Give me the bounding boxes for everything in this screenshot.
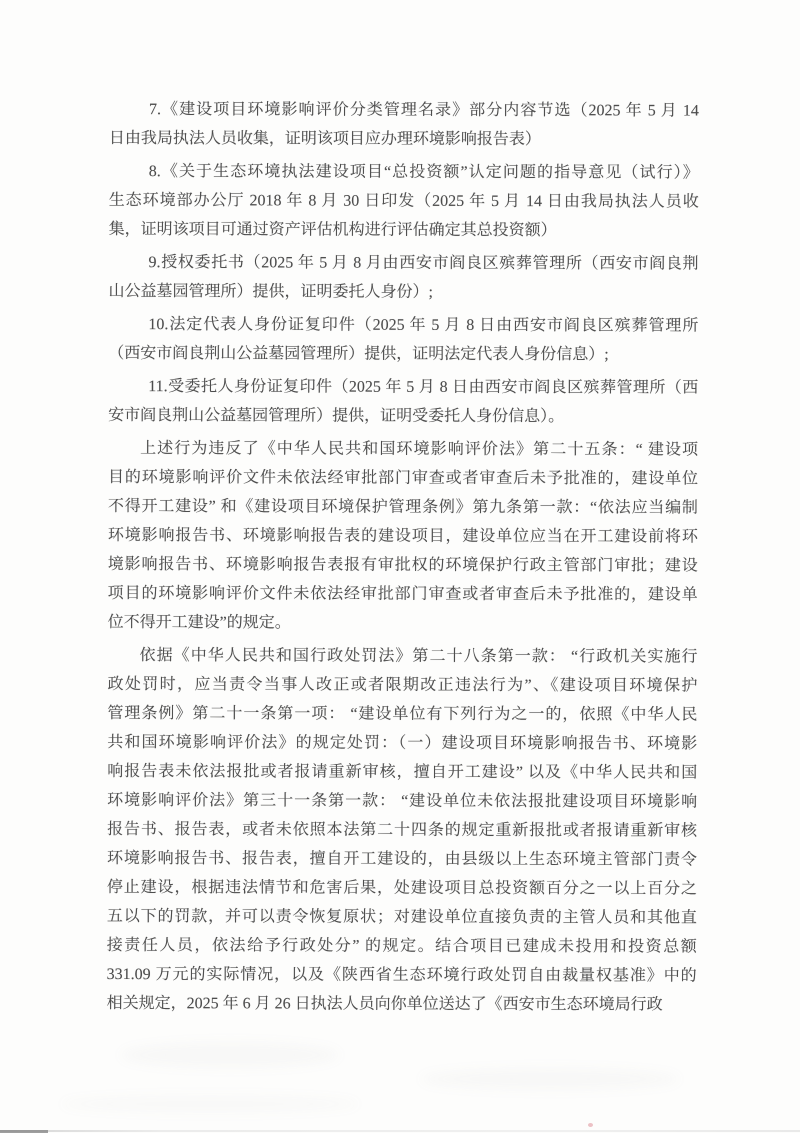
- text-line: 目的环境影响评价文件未依法经审批部门审查或者审查后未予批准的，建设单位: [108, 463, 698, 494]
- text-line: 9.授权委托书（2025 年 5 月 8 月由西安市阎良区殡葬管理所（西安市阎良…: [109, 248, 699, 279]
- text-line: 日由我局执法人员收集，证明该项目应办理环境影响报告表）: [109, 124, 699, 155]
- text-line: 生态环境部办公厅 2018 年 8 月 30 日印发（2025 年 5 月 14…: [109, 186, 699, 217]
- paragraph: 7.《建设项目环境影响评价分类管理名录》部分内容节选（2025 年 5 月 14…: [109, 95, 699, 155]
- text-line: 政处罚时，应当责令当事人改正或者限期改正违法行为”、《建设项目环境保护: [107, 670, 697, 701]
- paragraph: 11.受委托人身份证复印件（2025 年 5 月 8 日由西安市阎良区殡葬管理所…: [108, 372, 698, 432]
- text-line: 响报告表未依法报批或者报请重新审核，擅自开工建设” 以及《中华人民共和国: [107, 757, 697, 788]
- document-body: 7.《建设项目环境影响评价分类管理名录》部分内容节选（2025 年 5 月 14…: [107, 95, 699, 1024]
- scan-bleedthrough-smudge: [120, 1042, 340, 1068]
- paragraph: 依据《中华人民共和国行政处罚法》第二十八条第一款： “行政机关实施行政处罚时，应…: [107, 641, 698, 1020]
- text-line: 安市阎良荆山公益墓园管理所）提供，证明受委托人身份信息）。: [108, 401, 698, 432]
- document-page: 7.《建设项目环境影响评价分类管理名录》部分内容节选（2025 年 5 月 14…: [0, 0, 800, 1133]
- text-line: 项目的环境影响评价文件未依法经审批部门审查或者审查后未予批准的，建设单: [108, 579, 698, 610]
- scan-pink-dot-artifact: [588, 1123, 593, 1127]
- text-line: 环境影响报告书、环境影响报告表的建设项目，建设单位应当在开工建设前将环: [108, 521, 698, 552]
- text-line: 7.《建设项目环境影响评价分类管理名录》部分内容节选（2025 年 5 月 14: [109, 95, 699, 126]
- paragraph: 上述行为违反了《中华人民共和国环境影响评价法》第二十五条：“ 建设项目的环境影响…: [108, 434, 699, 639]
- text-line: 8.《关于生态环境执法建设项目“总投资额”认定问题的指导意见（试行）》: [109, 157, 699, 188]
- scan-bleedthrough-smudge: [420, 1068, 680, 1090]
- text-line: 不得开工建设” 和《建设项目环境保护管理条例》第九条第一款：“依法应当编制: [108, 492, 698, 523]
- text-line: 依据《中华人民共和国行政处罚法》第二十八条第一款： “行政机关实施行: [107, 641, 697, 672]
- scan-bleedthrough-smudge: [60, 1095, 360, 1113]
- text-line: 10.法定代表人身份证复印件（2025 年 5 月 8 日由西安市阎良区殡葬管理…: [108, 310, 698, 341]
- text-line: 停止建设，根据违法情节和危害后果，处建设项目总投资额百分之一以上百分之: [107, 873, 697, 904]
- text-line: 共和国环境影响评价法》的规定处罚：（一）建设项目环境影响报告书、环境影: [107, 728, 697, 759]
- text-line: 环境影响评价法》第三十一条第一款： “建设单位未依法报批建设项目环境影响: [107, 786, 697, 817]
- paragraph: 8.《关于生态环境执法建设项目“总投资额”认定问题的指导意见（试行）》生态环境部…: [109, 157, 699, 246]
- text-line: 集，证明该项目可通过资产评估机构进行评估确定其总投资额）: [109, 215, 699, 246]
- text-line: 上述行为违反了《中华人民共和国环境影响评价法》第二十五条：“ 建设项: [108, 434, 698, 465]
- paragraph: 9.授权委托书（2025 年 5 月 8 月由西安市阎良区殡葬管理所（西安市阎良…: [108, 248, 698, 308]
- text-line: 11.受委托人身份证复印件（2025 年 5 月 8 日由西安市阎良区殡葬管理所…: [108, 372, 698, 403]
- text-line: 管理条例》第二十一条第一项： “建设单位有下列行为之一的，依照《中华人民: [107, 699, 697, 730]
- text-line: 相关规定，2025 年 6 月 26 日执法人员向你单位送达了《西安市生态环境局…: [107, 989, 697, 1020]
- text-line: 五以下的罚款，并可以责令恢复原状；对建设单位直接负责的主管人员和其他直: [107, 902, 697, 933]
- text-line: 环境影响报告书、报告表，擅自开工建设的，由县级以上生态环境主管部门责令: [107, 844, 697, 875]
- text-line: 331.09 万元的实际情况，以及《陕西省生态环境行政处罚自由裁量权基准》中的: [107, 960, 697, 991]
- text-line: 位不得开工建设”的规定。: [108, 608, 698, 639]
- text-line: 接责任人员，依法给予行政处分” 的规定。结合项目已建成未投用和投资总额: [107, 931, 697, 962]
- text-line: （西安市阎良荆山公益墓园管理所）提供，证明法定代表人身份信息）;: [108, 339, 698, 370]
- text-line: 山公益墓园管理所）提供，证明委托人身份）;: [108, 277, 698, 308]
- paragraph: 10.法定代表人身份证复印件（2025 年 5 月 8 日由西安市阎良区殡葬管理…: [108, 310, 698, 370]
- scan-bottom-edge-line: [0, 1130, 800, 1132]
- text-line: 境影响报告书、环境影响报告表报有审批权的环境保护行政主管部门审批；建设: [108, 550, 698, 581]
- text-line: 报告书、报告表，或者未依照本法第二十四条的规定重新报批或者报请重新审核: [107, 815, 697, 846]
